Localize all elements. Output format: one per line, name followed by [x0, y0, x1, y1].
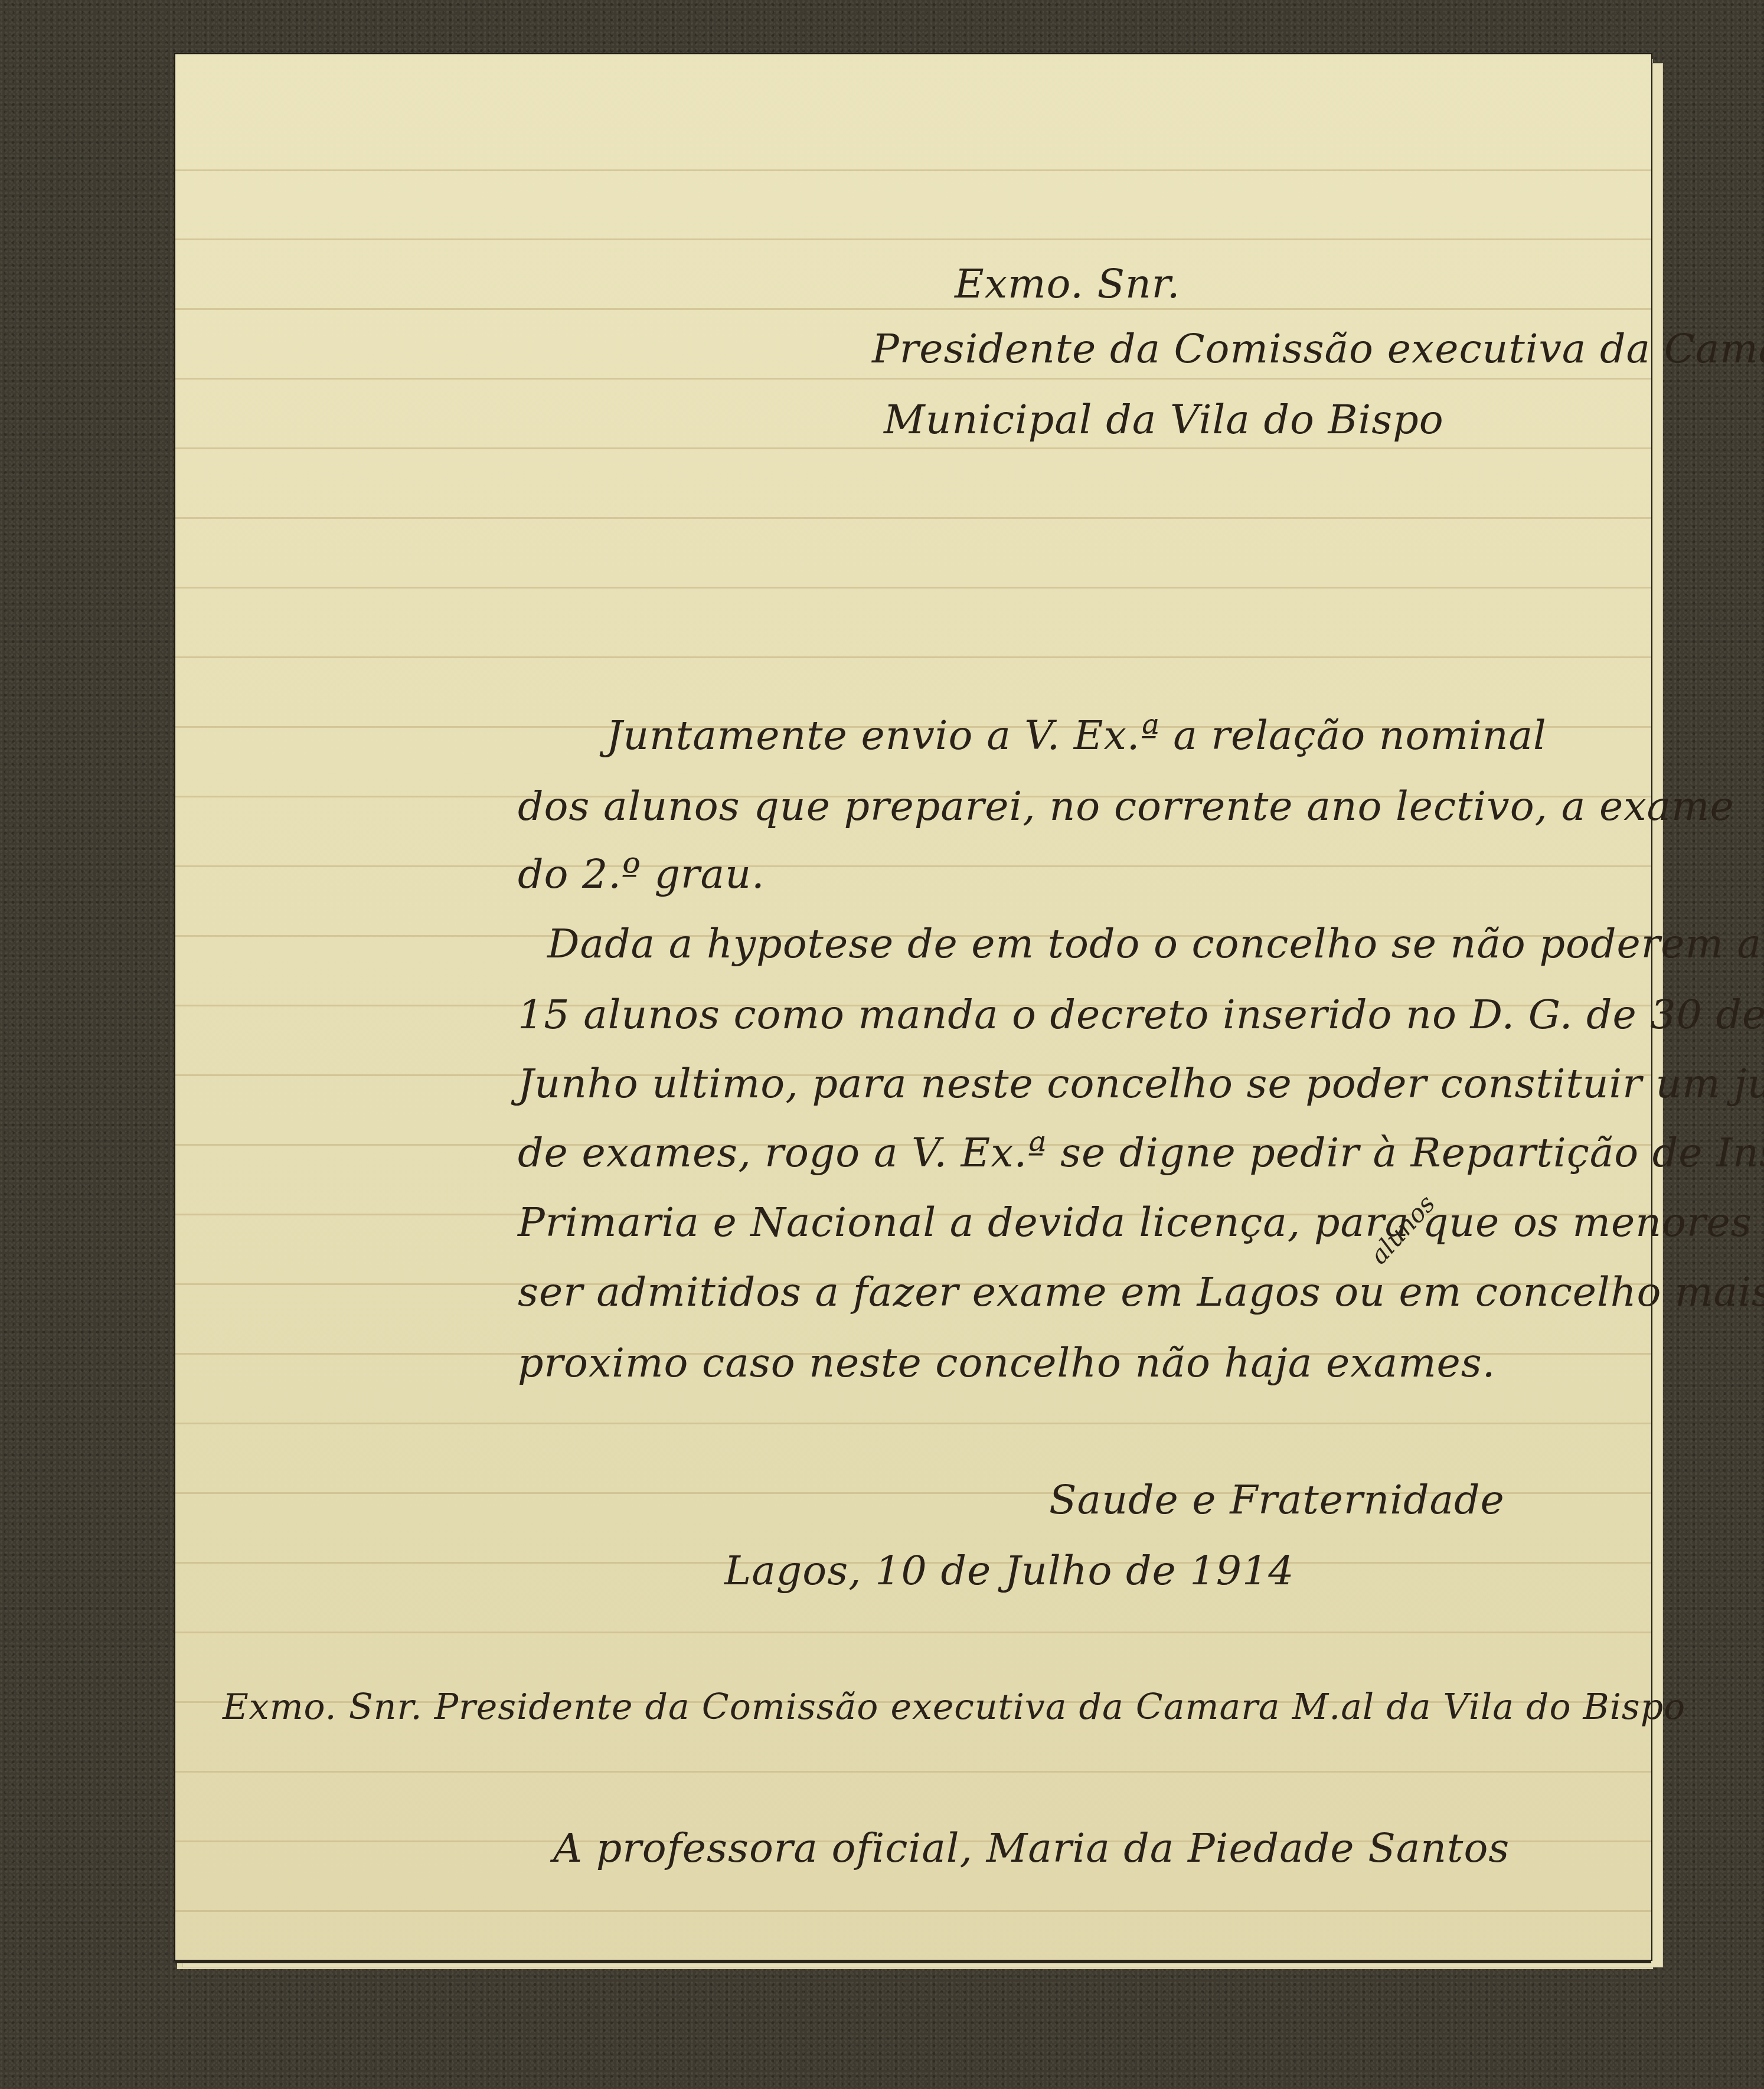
- salutation-title: Presidente da Comissão executiva da Cama…: [872, 326, 1764, 372]
- rule-line: [175, 1771, 1651, 1773]
- rule-line: [175, 1423, 1651, 1424]
- rule-line: [175, 447, 1651, 449]
- body-line-9: ser admitidos a fazer exame em Lagos ou …: [518, 1269, 1764, 1316]
- footer-addressee: Exmo. Snr. Presidente da Comissão execut…: [223, 1686, 1685, 1728]
- rule-line: [175, 517, 1651, 519]
- rule-line: [175, 1910, 1651, 1912]
- body-line-2: dos alunos que preparei, no corrente ano…: [518, 783, 1734, 830]
- rule-line: [175, 587, 1651, 589]
- rule-line: [175, 865, 1651, 867]
- closing-greeting: Saude e Fraternidade: [1049, 1477, 1505, 1524]
- rule-line: [175, 238, 1651, 240]
- body-line-3: do 2.º grau.: [518, 851, 765, 898]
- place-and-date: Lagos, 10 de Julho de 1914: [724, 1548, 1294, 1594]
- body-line-10: proximo caso neste concelho não haja exa…: [518, 1340, 1495, 1387]
- body-line-6: Junho ultimo, para neste concelho se pod…: [518, 1061, 1764, 1107]
- body-line-4: Dada a hypotese de em todo o concelho se…: [547, 921, 1764, 967]
- rule-line: [175, 1632, 1651, 1633]
- salutation-honorific: Exmo. Snr.: [955, 261, 1180, 308]
- body-line-1: Juntamente envio a V. Ex.ª a relação nom…: [606, 712, 1547, 759]
- rule-line: [175, 378, 1651, 380]
- salutation-municipality: Municipal da Vila do Bispo: [884, 397, 1444, 443]
- signature: A professora oficial, Maria da Piedade S…: [553, 1825, 1510, 1872]
- letter-page: Exmo. Snr. Presidente da Comissão execut…: [175, 54, 1651, 1960]
- body-line-8: Primaria e Nacional a devida licença, pa…: [518, 1199, 1764, 1246]
- body-line-7: de exames, rogo a V. Ex.ª se digne pedir…: [518, 1130, 1764, 1176]
- body-line-5: 15 alunos como manda o decreto inserido …: [518, 992, 1764, 1038]
- rule-line: [175, 308, 1651, 310]
- rule-line: [175, 656, 1651, 658]
- rule-line: [175, 169, 1651, 171]
